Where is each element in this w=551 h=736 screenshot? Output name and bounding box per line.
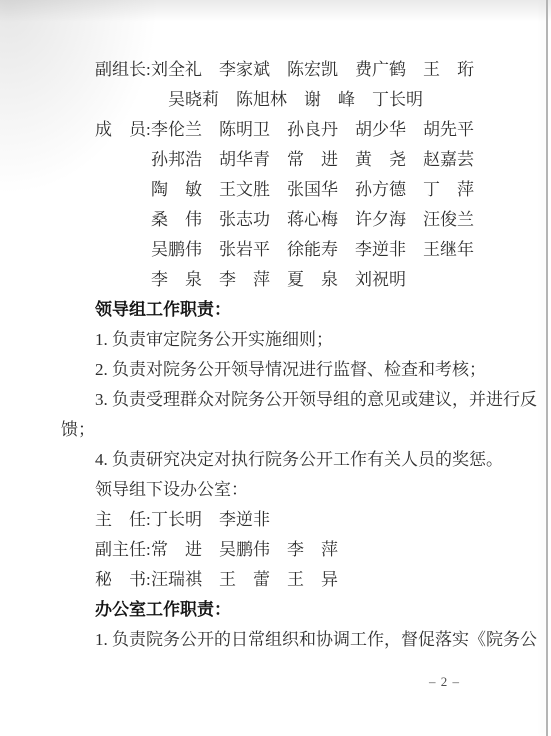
roster-label-empty [95,265,151,295]
scan-top-shade [0,0,551,22]
roster-label-empty [95,235,151,265]
office-label-deputy-director: 副主任: [95,535,151,565]
roster-label-members: 成 员: [95,115,151,145]
roster-names: 吴晓莉 陈旭林 谢 峰 丁长明 [151,85,501,115]
page-number: – 2 – [429,672,460,692]
duty-line: 2. 负责对院务公开领导情况进行监督、检查和考核； [61,355,501,385]
section-heading-leader-duties: 领导组工作职责： [61,295,501,325]
office-names: 丁长明 李逆非 [151,505,501,535]
roster-names: 桑 伟 张志功 蒋心梅 许夕海 汪俊兰 [151,205,501,235]
duty-line: 3. 负责受理群众对院务公开领导组的意见或建议，并进行反 [61,385,501,415]
office-names: 常 进 吴鹏伟 李 萍 [151,535,501,565]
roster-names: 吴鹏伟 张岩平 徐能寿 李逆非 王继年 [151,235,501,265]
duty-line: 1. 负责审定院务公开实施细则； [61,325,501,355]
roster-row-members-cont: 桑 伟 张志功 蒋心梅 许夕海 汪俊兰 [95,205,501,235]
office-names: 汪瑞祺 王 蕾 王 异 [151,565,501,595]
roster-row-members-cont: 孙邦浩 胡华青 常 进 黄 尧 赵嘉芸 [95,145,501,175]
scan-page-edge-line [546,0,548,736]
office-row-deputy-director: 副主任: 常 进 吴鹏伟 李 萍 [95,535,501,565]
office-intro: 领导组下设办公室： [61,475,501,505]
roster-row-members: 成 员: 李伦兰 陈明卫 孙良丹 胡少华 胡先平 [95,115,501,145]
roster-label-empty [95,205,151,235]
office-row-director: 主 任: 丁长明 李逆非 [95,505,501,535]
duty-line-wrap: 馈； [61,415,501,445]
roster-label-empty [95,145,151,175]
roster-names: 李 泉 李 萍 夏 泉 刘祝明 [151,265,501,295]
roster-names: 李伦兰 陈明卫 孙良丹 胡少华 胡先平 [151,115,501,145]
roster-names: 刘全礼 李家斌 陈宏凯 费广鹤 王 珩 [151,55,501,85]
document-page: 副组长: 刘全礼 李家斌 陈宏凯 费广鹤 王 珩 吴晓莉 陈旭林 谢 峰 丁长明… [0,0,551,736]
roster-row-members-cont: 吴鹏伟 张岩平 徐能寿 李逆非 王继年 [95,235,501,265]
roster-label-empty [95,85,151,115]
roster-names: 陶 敏 王文胜 张国华 孙方德 丁 萍 [151,175,501,205]
office-duty-line: 1. 负责院务公开的日常组织和协调工作，督促落实《院务公 [61,625,501,655]
roster-label-deputy-leader: 副组长: [95,55,151,85]
office-label-director: 主 任: [95,505,151,535]
roster-label-empty [95,175,151,205]
roster-row-members-cont: 李 泉 李 萍 夏 泉 刘祝明 [95,265,501,295]
roster-row-members-cont: 陶 敏 王文胜 张国华 孙方德 丁 萍 [95,175,501,205]
roster-names: 孙邦浩 胡华青 常 进 黄 尧 赵嘉芸 [151,145,501,175]
document-body: 副组长: 刘全礼 李家斌 陈宏凯 费广鹤 王 珩 吴晓莉 陈旭林 谢 峰 丁长明… [61,55,501,655]
roster-row-deputy-leaders: 副组长: 刘全礼 李家斌 陈宏凯 费广鹤 王 珩 [95,55,501,85]
roster-row-deputy-leaders-cont: 吴晓莉 陈旭林 谢 峰 丁长明 [95,85,501,115]
duty-line: 4. 负责研究决定对执行院务公开工作有关人员的奖惩。 [61,445,501,475]
section-heading-office-duties: 办公室工作职责： [61,595,501,625]
office-label-secretary: 秘 书: [95,565,151,595]
office-row-secretary: 秘 书: 汪瑞祺 王 蕾 王 异 [95,565,501,595]
